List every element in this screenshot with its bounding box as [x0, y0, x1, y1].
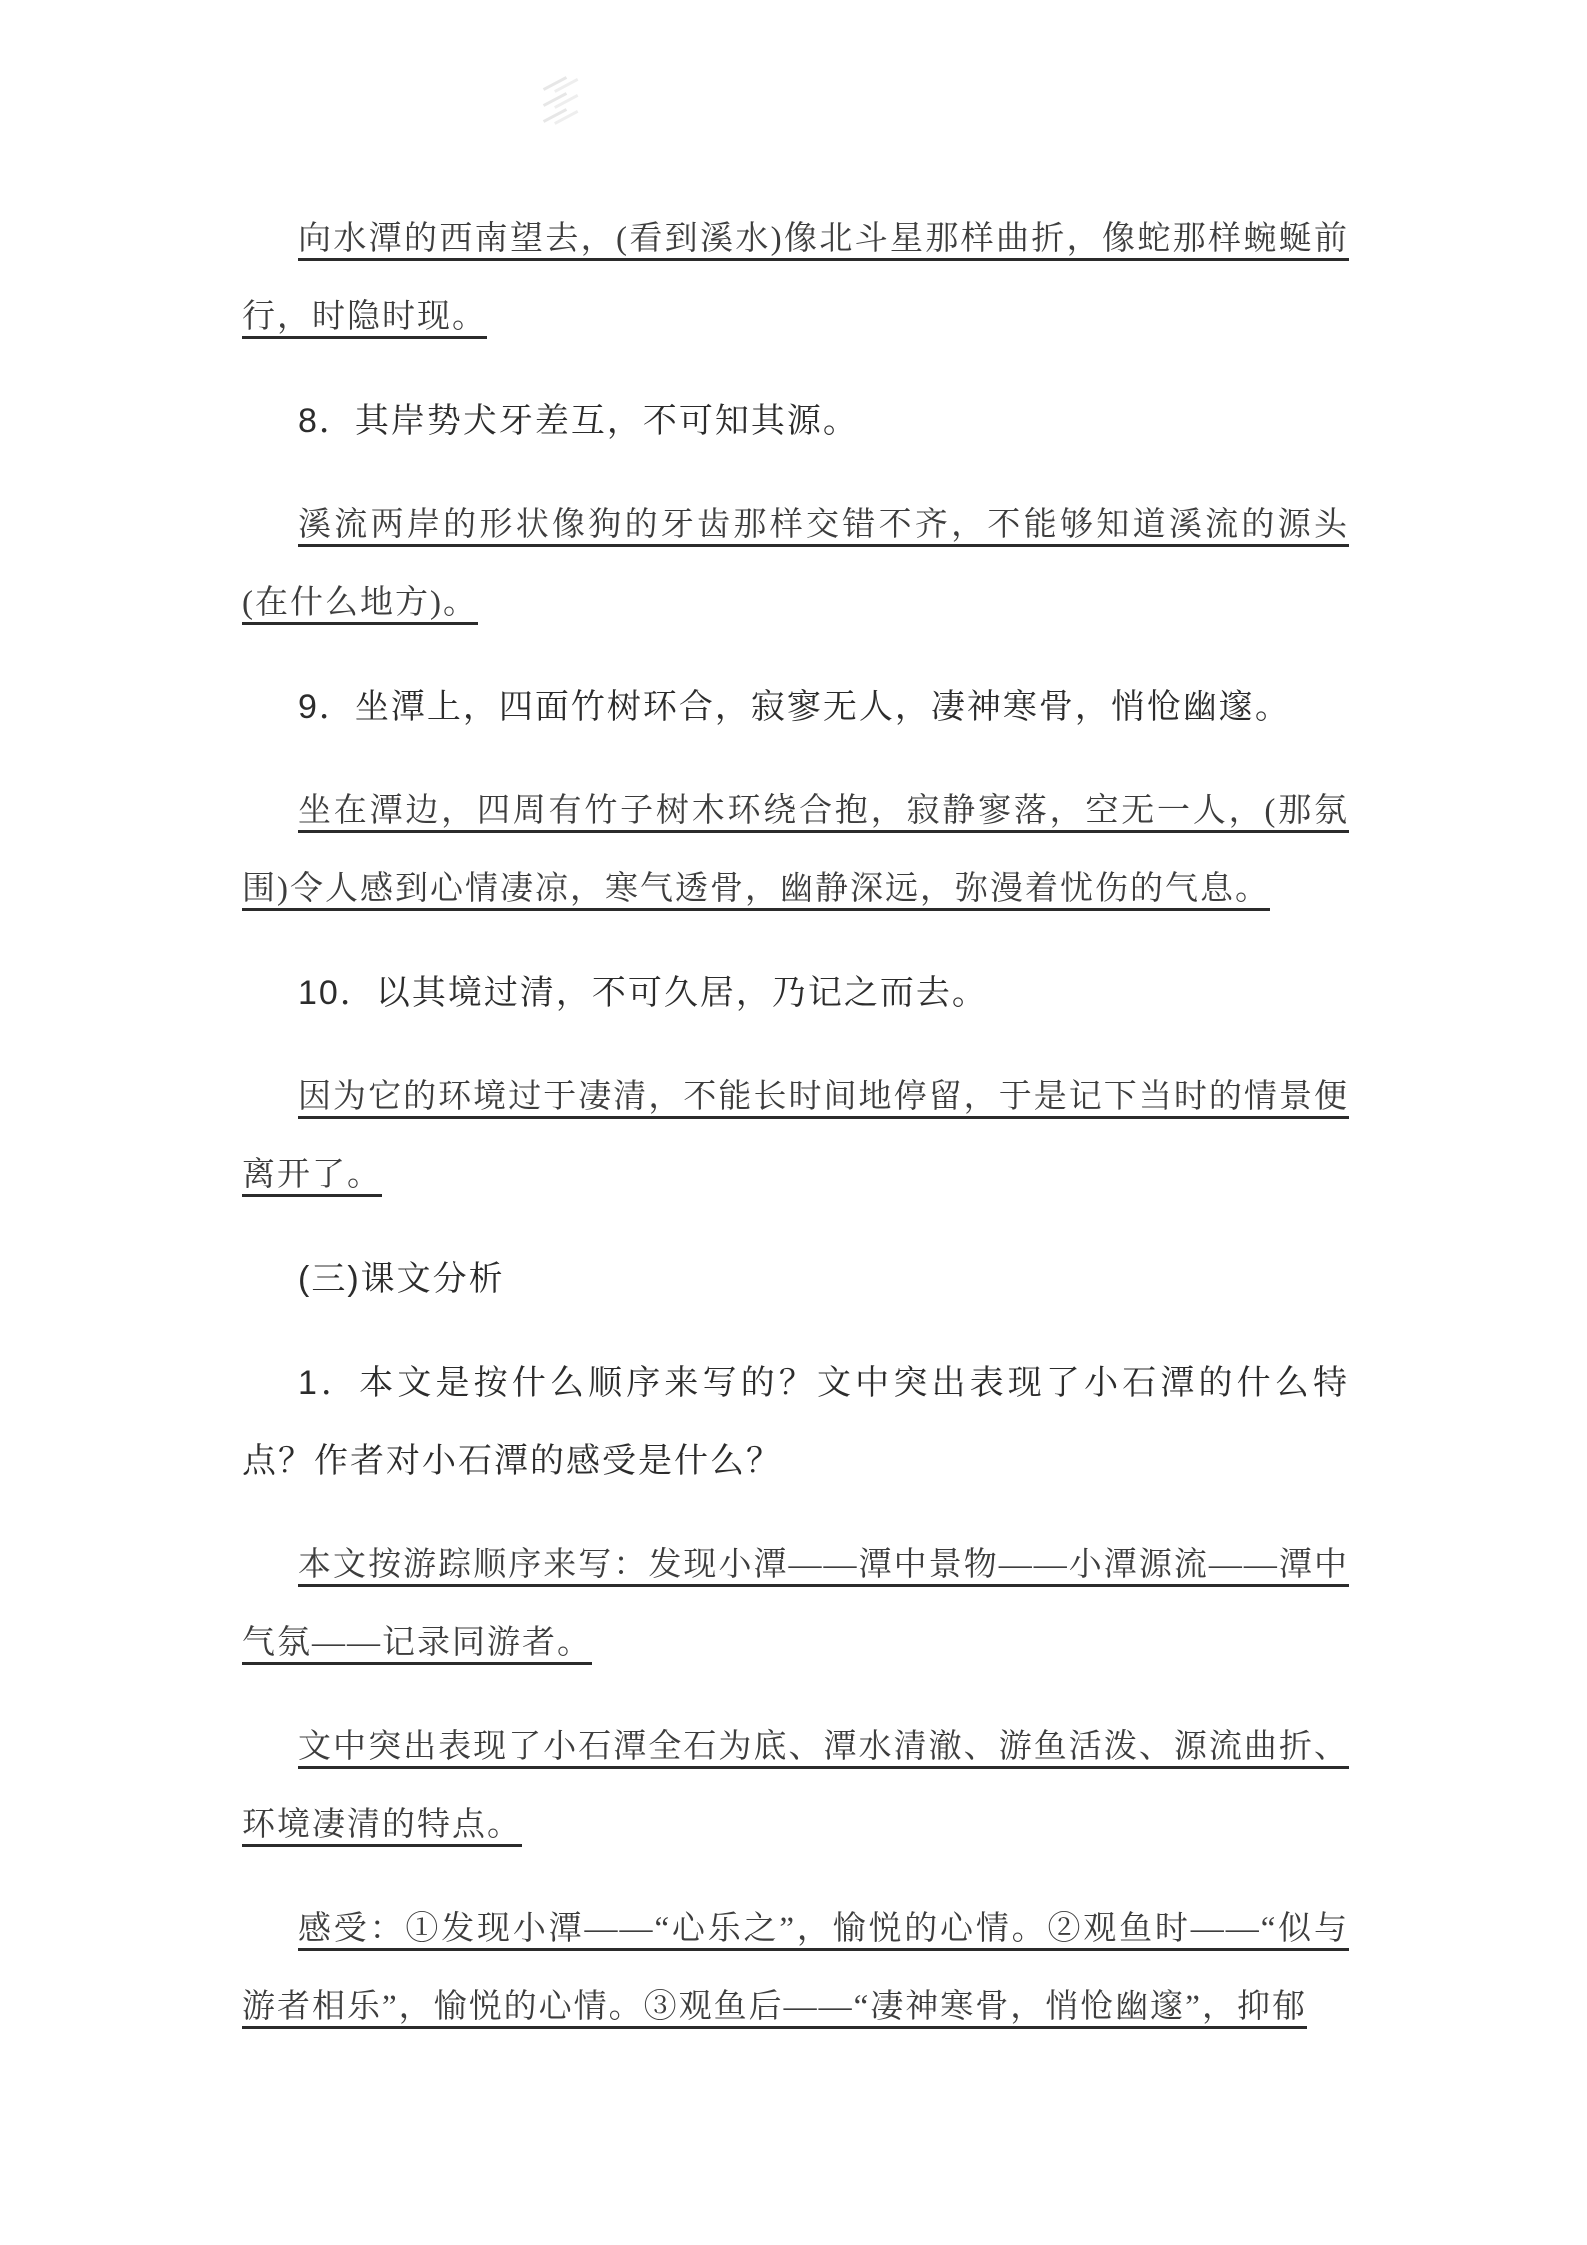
translation-paragraph-8: 溪流两岸的形状像狗的牙齿那样交错不齐，不能够知道溪流的源头(在什么地方)。 [242, 486, 1349, 642]
translation-paragraph-9: 坐在潭边，四周有竹子树木环绕合抱，寂静寥落，空无一人，(那氛围)令人感到心情凄凉… [242, 772, 1349, 928]
underlined-translation-text: 向水潭的西南望去，(看到溪水)像北斗星那样曲折，像蛇那样蜿蜒前行，时隐时现。 [242, 221, 1349, 339]
analysis-question-1: 1．本文是按什么顺序来写的？文中突出表现了小石潭的什么特点？作者对小石潭的感受是… [242, 1344, 1349, 1500]
translation-paragraph-10: 因为它的环境过于凄清，不能长时间地停留，于是记下当时的情景便离开了。 [242, 1058, 1349, 1214]
answer-paragraph-feelings: 感受：①发现小潭——“心乐之”，愉悦的心情。②观鱼时——“似与游者相乐”，愉悦的… [242, 1890, 1349, 2046]
question-sentence-9: 9．坐潭上，四面竹树环合，寂寥无人，凄神寒骨，悄怆幽邃。 [242, 668, 1349, 746]
underlined-translation-text: 坐在潭边，四周有竹子树木环绕合抱，寂静寥落，空无一人，(那氛围)令人感到心情凄凉… [242, 793, 1349, 911]
answer-paragraph-order: 本文按游踪顺序来写：发现小潭——潭中景物——小潭源流——潭中气氛——记录同游者。 [242, 1526, 1349, 1682]
section-heading-analysis: (三)课文分析 [242, 1240, 1349, 1318]
underlined-answer-text: 文中突出表现了小石潭全石为底、潭水清澈、游鱼活泼、源流曲折、环境凄清的特点。 [242, 1729, 1349, 1847]
question-sentence-10: 10．以其境过清，不可久居，乃记之而去。 [242, 954, 1349, 1032]
underlined-translation-text: 溪流两岸的形状像狗的牙齿那样交错不齐，不能够知道溪流的源头(在什么地方)。 [242, 507, 1349, 625]
document-page: { "page": { "background": "#ffffff", "he… [0, 0, 1587, 2245]
translation-paragraph-7: 向水潭的西南望去，(看到溪水)像北斗星那样曲折，像蛇那样蜿蜒前行，时隐时现。 [242, 200, 1349, 356]
answer-paragraph-features: 文中突出表现了小石潭全石为底、潭水清澈、游鱼活泼、源流曲折、环境凄清的特点。 [242, 1708, 1349, 1864]
question-sentence-8: 8．其岸势犬牙差互，不可知其源。 [242, 382, 1349, 460]
underlined-translation-text: 因为它的环境过于凄清，不能长时间地停留，于是记下当时的情景便离开了。 [242, 1079, 1349, 1197]
underlined-answer-text: 本文按游踪顺序来写：发现小潭——潭中景物——小潭源流——潭中气氛——记录同游者。 [242, 1547, 1349, 1665]
underlined-answer-text: 感受：①发现小潭——“心乐之”，愉悦的心情。②观鱼时——“似与游者相乐”，愉悦的… [242, 1911, 1349, 2029]
document-body: 向水潭的西南望去，(看到溪水)像北斗星那样曲折，像蛇那样蜿蜒前行，时隐时现。 8… [0, 0, 1587, 2245]
